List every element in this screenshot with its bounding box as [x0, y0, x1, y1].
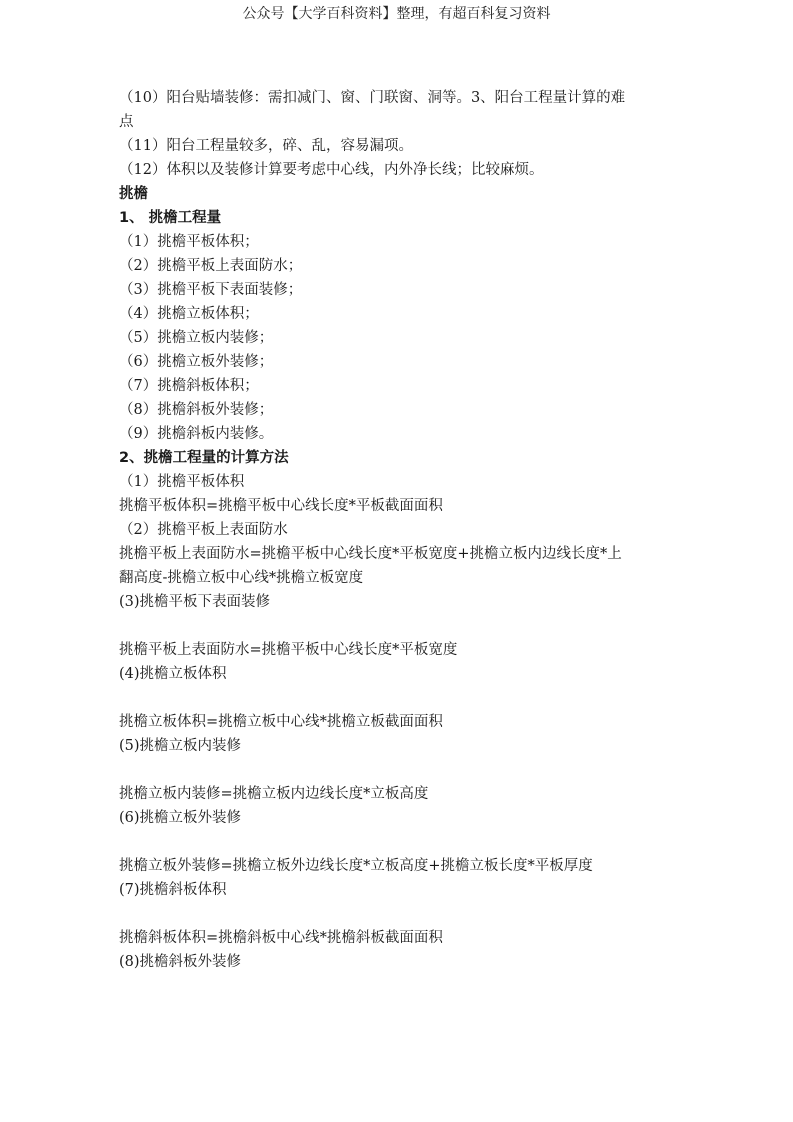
blank-line	[119, 902, 689, 926]
method-heading: （1）挑檐平板体积	[119, 470, 689, 494]
list-item: （6）挑檐立板外装修；	[119, 350, 689, 374]
list-item: （1）挑檐平板体积；	[119, 230, 689, 254]
formula-line: 挑檐斜板体积=挑檐斜板中心线*挑檐斜板截面面积	[119, 926, 689, 950]
list-item: （5）挑檐立板内装修；	[119, 326, 689, 350]
page-header: 公众号【大学百科资料】整理，有超百科复习资料	[0, 4, 793, 24]
method-heading: (6)挑檐立板外装修	[119, 806, 689, 830]
method-heading: (7)挑檐斜板体积	[119, 878, 689, 902]
paragraph-item-10: （10）阳台贴墙装修：需扣减门、窗、门联窗、洞等。3、阳台工程量计算的难	[119, 86, 689, 110]
section-heading-eaves: 挑檐	[119, 182, 689, 206]
list-item: （8）挑檐斜板外装修；	[119, 398, 689, 422]
method-heading: (3)挑檐平板下表面装修	[119, 590, 689, 614]
subheading-eaves-quantities: 1、 挑檐工程量	[119, 206, 689, 230]
formula-line: 挑檐立板内装修=挑檐立板内边线长度*立板高度	[119, 782, 689, 806]
list-item: （4）挑檐立板体积；	[119, 302, 689, 326]
subheading-calculation-methods: 2、挑檐工程量的计算方法	[119, 446, 689, 470]
paragraph-item-12: （12）体积以及装修计算要考虑中心线，内外净长线；比较麻烦。	[119, 158, 689, 182]
blank-line	[119, 686, 689, 710]
formula-line: 挑檐平板上表面防水=挑檐平板中心线长度*平板宽度+挑檐立板内边线长度*上	[119, 542, 689, 566]
list-item: （2）挑檐平板上表面防水；	[119, 254, 689, 278]
list-item: （3）挑檐平板下表面装修；	[119, 278, 689, 302]
method-heading: (5)挑檐立板内装修	[119, 734, 689, 758]
blank-line	[119, 758, 689, 782]
list-item: （7）挑檐斜板体积；	[119, 374, 689, 398]
list-item: （9）挑檐斜板内装修。	[119, 422, 689, 446]
method-heading: (4)挑檐立板体积	[119, 662, 689, 686]
formula-line: 挑檐平板上表面防水=挑檐平板中心线长度*平板宽度	[119, 638, 689, 662]
paragraph-continuation: 点	[119, 110, 689, 134]
blank-line	[119, 830, 689, 854]
document-body: （10）阳台贴墙装修：需扣减门、窗、门联窗、洞等。3、阳台工程量计算的难 点 （…	[119, 86, 689, 974]
formula-line: 挑檐平板体积=挑檐平板中心线长度*平板截面面积	[119, 494, 689, 518]
blank-line	[119, 614, 689, 638]
formula-line: 挑檐立板体积=挑檐立板中心线*挑檐立板截面面积	[119, 710, 689, 734]
formula-line: 挑檐立板外装修=挑檐立板外边线长度*立板高度+挑檐立板长度*平板厚度	[119, 854, 689, 878]
method-heading: (8)挑檐斜板外装修	[119, 950, 689, 974]
method-heading: （2）挑檐平板上表面防水	[119, 518, 689, 542]
paragraph-item-11: （11）阳台工程量较多，碎、乱，容易漏项。	[119, 134, 689, 158]
formula-continuation: 翻高度-挑檐立板中心线*挑檐立板宽度	[119, 566, 689, 590]
